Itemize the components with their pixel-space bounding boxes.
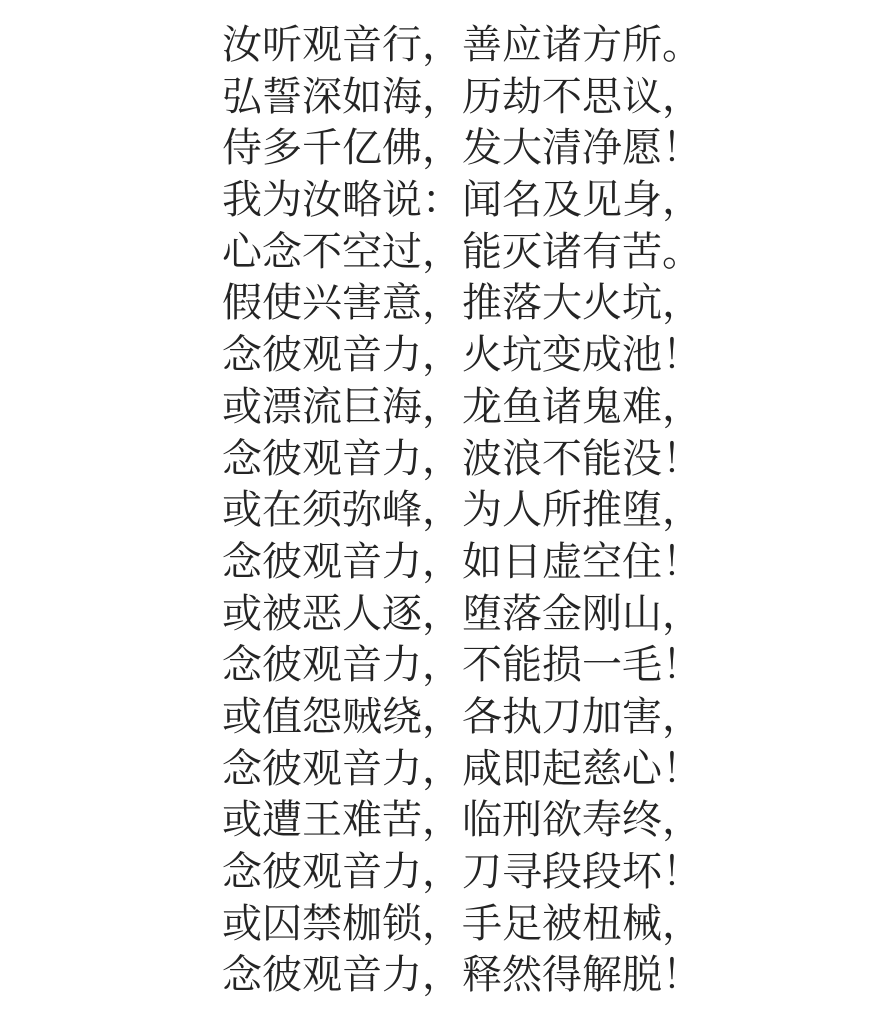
- verse-second-half: 各执刀加害，: [462, 691, 702, 743]
- verse-first-half: 念彼观音力，: [222, 433, 462, 485]
- verse-first-half: 或囚禁枷锁，: [222, 898, 462, 950]
- verse-block: 汝听观音行，善应诸方所。弘誓深如海，历劫不思议，侍多千亿佛，发大清净愿！我为汝略…: [222, 19, 702, 1001]
- verse-first-half: 念彼观音力，: [222, 536, 462, 588]
- poem-line: 假使兴害意，推落大火坑，: [222, 277, 702, 329]
- document-page: 汝听观音行，善应诸方所。弘誓深如海，历劫不思议，侍多千亿佛，发大清净愿！我为汝略…: [0, 0, 895, 1024]
- verse-second-half: 刀寻段段坏！: [462, 846, 702, 898]
- verse-second-half: 咸即起慈心！: [462, 743, 702, 795]
- verse-first-half: 假使兴害意，: [222, 277, 462, 329]
- verse-first-half: 念彼观音力，: [222, 743, 462, 795]
- verse-second-half: 发大清净愿！: [462, 122, 702, 174]
- verse-second-half: 龙鱼诸鬼难，: [462, 381, 702, 433]
- verse-second-half: 波浪不能没！: [462, 433, 702, 485]
- poem-line: 或在须弥峰，为人所推堕，: [222, 484, 702, 536]
- poem-line: 念彼观音力，释然得解脱！: [222, 949, 702, 1001]
- verse-second-half: 推落大火坑，: [462, 277, 702, 329]
- verse-second-half: 善应诸方所。: [462, 19, 702, 71]
- verse-first-half: 或漂流巨海，: [222, 381, 462, 433]
- poem-line: 念彼观音力，刀寻段段坏！: [222, 846, 702, 898]
- verse-second-half: 能灭诸有苦。: [462, 226, 702, 278]
- verse-second-half: 不能损一毛！: [462, 639, 702, 691]
- poem-line: 心念不空过，能灭诸有苦。: [222, 226, 702, 278]
- verse-first-half: 我为汝略说：: [222, 174, 462, 226]
- verse-second-half: 堕落金刚山，: [462, 588, 702, 640]
- poem-line: 侍多千亿佛，发大清净愿！: [222, 122, 702, 174]
- verse-second-half: 历劫不思议，: [462, 71, 702, 123]
- verse-first-half: 念彼观音力，: [222, 639, 462, 691]
- poem-line: 或囚禁枷锁，手足被杻械，: [222, 898, 702, 950]
- poem-line: 弘誓深如海，历劫不思议，: [222, 71, 702, 123]
- poem-line: 或漂流巨海，龙鱼诸鬼难，: [222, 381, 702, 433]
- verse-first-half: 念彼观音力，: [222, 846, 462, 898]
- verse-first-half: 或被恶人逐，: [222, 588, 462, 640]
- verse-second-half: 闻名及见身，: [462, 174, 702, 226]
- poem-line: 或遭王难苦，临刑欲寿终，: [222, 794, 702, 846]
- poem-line: 念彼观音力，如日虚空住！: [222, 536, 702, 588]
- poem-line: 我为汝略说：闻名及见身，: [222, 174, 702, 226]
- verse-first-half: 或值怨贼绕，: [222, 691, 462, 743]
- verse-second-half: 手足被杻械，: [462, 898, 702, 950]
- poem-line: 念彼观音力，波浪不能没！: [222, 433, 702, 485]
- poem-line: 或被恶人逐，堕落金刚山，: [222, 588, 702, 640]
- verse-first-half: 弘誓深如海，: [222, 71, 462, 123]
- verse-second-half: 临刑欲寿终，: [462, 794, 702, 846]
- verse-second-half: 如日虚空住！: [462, 536, 702, 588]
- poem-line: 念彼观音力，火坑变成池！: [222, 329, 702, 381]
- verse-first-half: 汝听观音行，: [222, 19, 462, 71]
- poem-line: 汝听观音行，善应诸方所。: [222, 19, 702, 71]
- verse-first-half: 侍多千亿佛，: [222, 122, 462, 174]
- poem-line: 或值怨贼绕，各执刀加害，: [222, 691, 702, 743]
- poem-line: 念彼观音力，不能损一毛！: [222, 639, 702, 691]
- verse-first-half: 念彼观音力，: [222, 949, 462, 1001]
- verse-second-half: 为人所推堕，: [462, 484, 702, 536]
- verse-second-half: 释然得解脱！: [462, 949, 702, 1001]
- poem-line: 念彼观音力，咸即起慈心！: [222, 743, 702, 795]
- verse-second-half: 火坑变成池！: [462, 329, 702, 381]
- verse-first-half: 念彼观音力，: [222, 329, 462, 381]
- verse-first-half: 或遭王难苦，: [222, 794, 462, 846]
- verse-first-half: 或在须弥峰，: [222, 484, 462, 536]
- verse-first-half: 心念不空过，: [222, 226, 462, 278]
